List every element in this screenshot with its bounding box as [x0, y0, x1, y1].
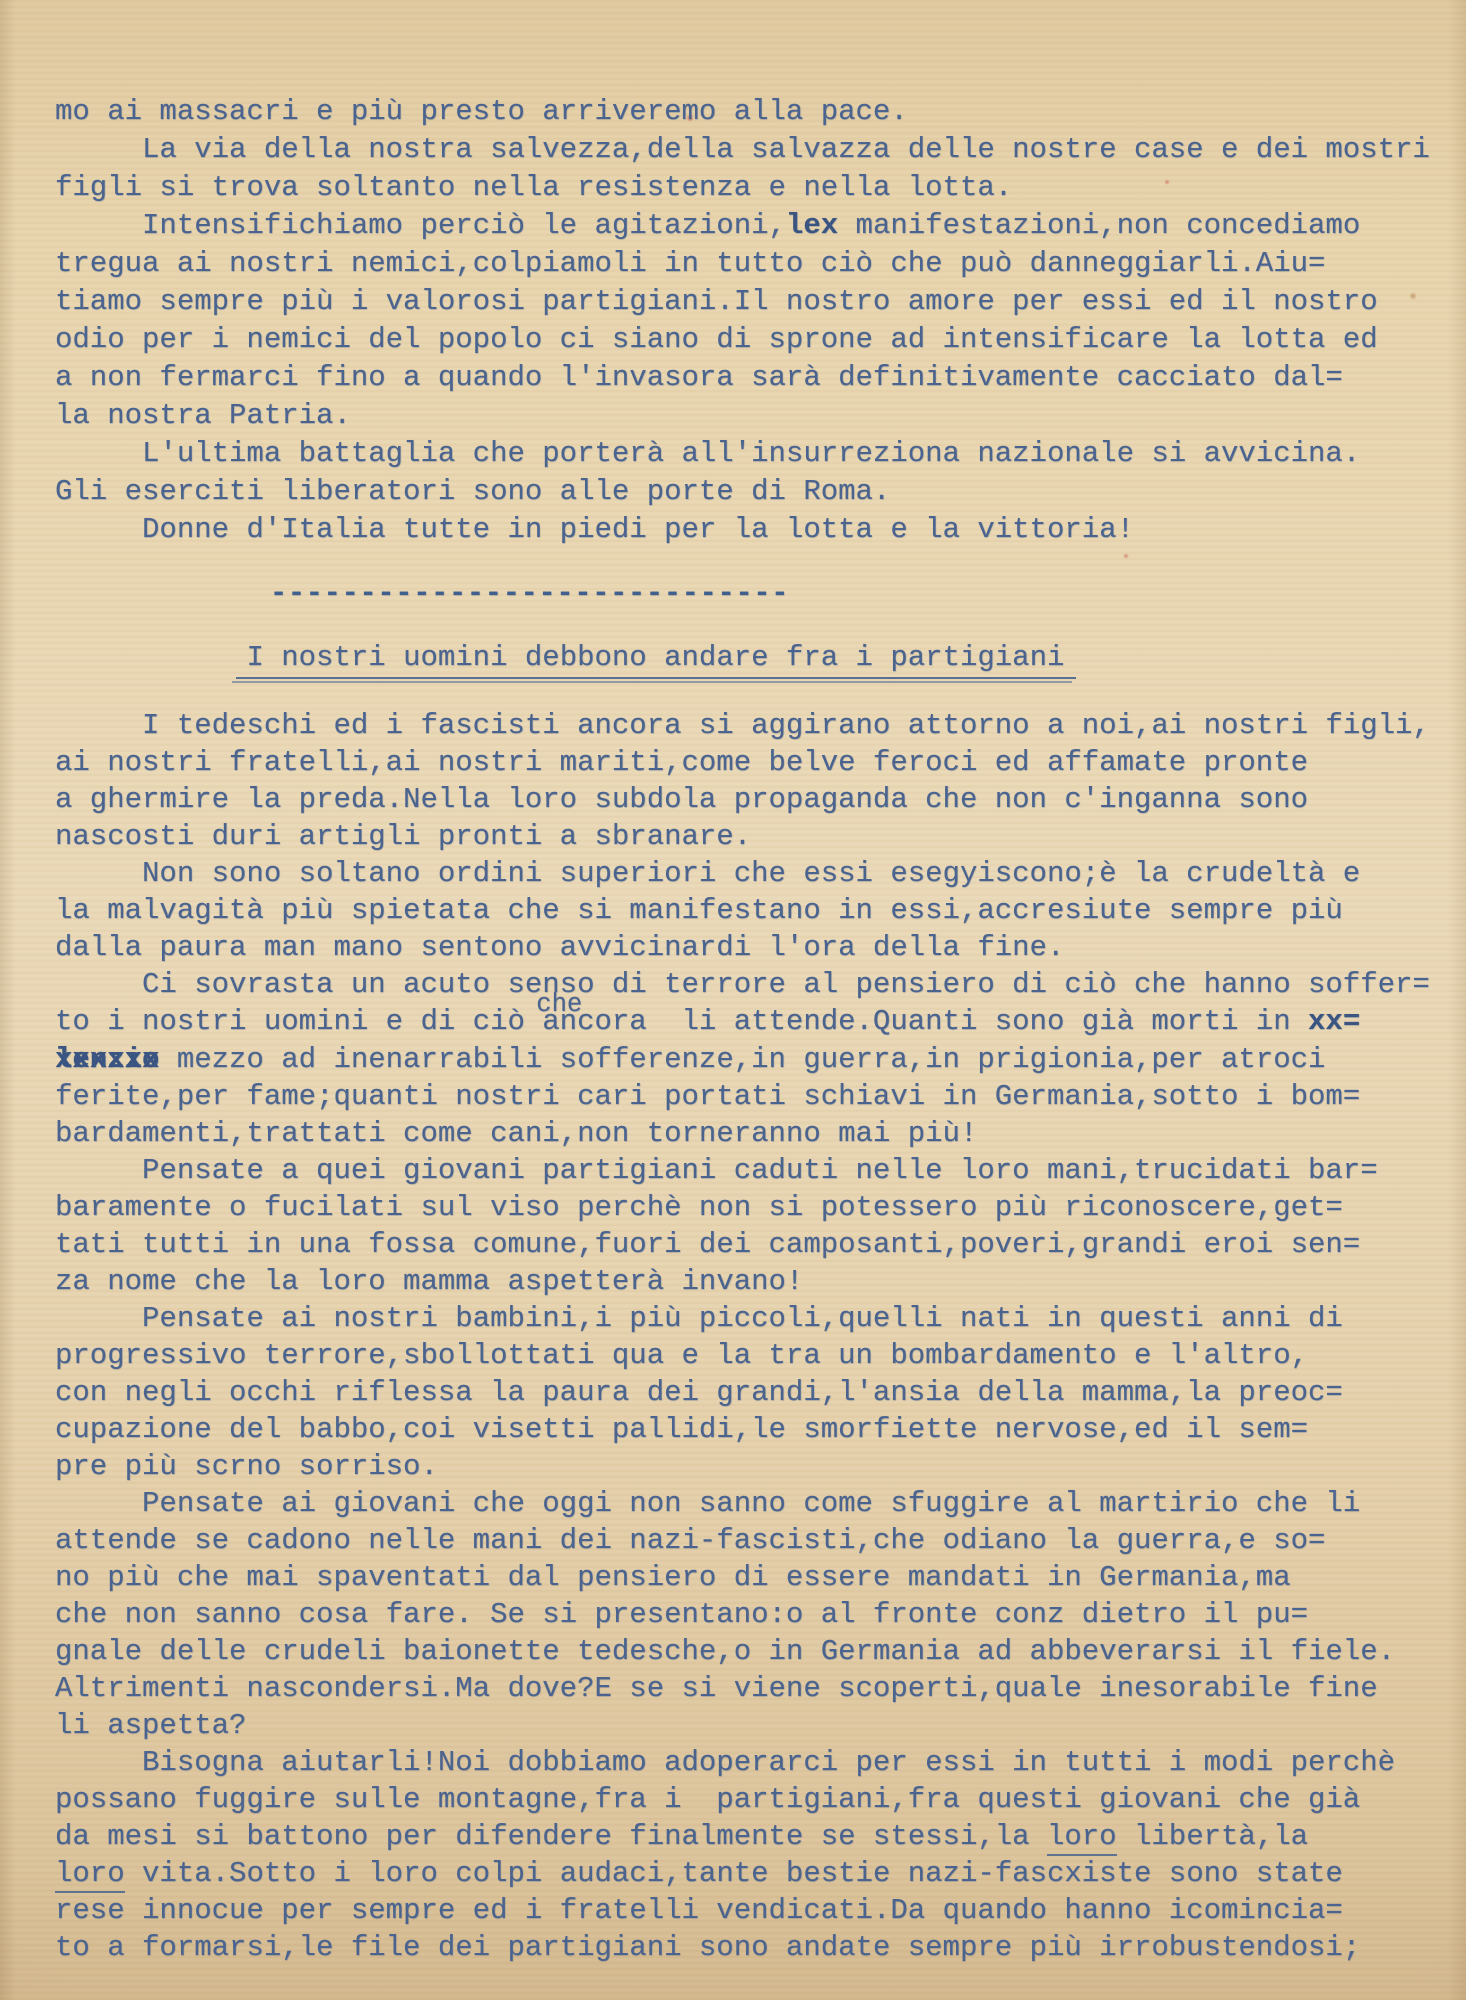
text-segment: tati tutti in una fossa comune,fuori dei… [55, 1228, 1360, 1261]
text-segment: lex [786, 209, 838, 242]
text-segment: Donne d'Italia tutte in piedi per la lot… [55, 513, 1134, 546]
text-line: tregua ai nostri nemici,colpiamoli in tu… [55, 245, 1466, 283]
text-line: za nome che la loro mamma aspetterà inva… [55, 1263, 1466, 1300]
text-segment: vita.Sotto i loro colpi audaci,tante bes… [125, 1857, 1343, 1890]
separator-dashes: ----------------------------- [270, 577, 789, 610]
text-segment: a non fermarci fino a quando l'invasora … [55, 361, 1343, 394]
text-segment: ancora li attende.Quanti sono già morti … [542, 1005, 1308, 1038]
text-segment: mo ai massacri e più presto arriveremo a… [55, 95, 908, 128]
text-segment: la malvagità più spietata che si manifes… [55, 894, 1343, 927]
text-segment: Pensate ai nostri bambini,i più piccoli,… [55, 1302, 1343, 1335]
text-line: li aspetta? [55, 1707, 1466, 1744]
text-line: to a formarsi,le file dei partigiani son… [55, 1929, 1466, 1966]
text-line: I tedeschi ed i fascisti ancora si aggir… [55, 707, 1466, 744]
text-line: figli si trova soltanto nella resistenza… [55, 169, 1466, 207]
text-line: L'ultima battaglia che porterà all'insur… [55, 435, 1466, 473]
text-segment: Non sono soltano ordini superiori che es… [55, 857, 1360, 890]
heading-indent [55, 641, 246, 674]
text-segment: con negli occhi riflessa la paura dei gr… [55, 1376, 1343, 1409]
text-line: Intensifichiamo perciò le agitazioni,lex… [55, 207, 1466, 245]
text-line: Bisogna aiutarli!Noi dobbiamo adoperarci… [55, 1744, 1466, 1781]
text-line: odio per i nemici del popolo ci siano di… [55, 321, 1466, 359]
text-segment: bardamenti,trattati come cani,non torner… [55, 1117, 977, 1150]
text-segment: ai nostri fratelli,ai nostri mariti,come… [55, 746, 1308, 779]
text-segment: pre più scrno sorriso. [55, 1450, 438, 1483]
text-segment: dalla paura man mano sentono avvicinardi… [55, 931, 1064, 964]
text-segment: a ghermire la preda.Nella loro subdola p… [55, 783, 1308, 816]
text-segment: cupazione del babbo,coi visetti pallidi,… [55, 1413, 1308, 1446]
text-segment: mezzo ad inenarrabili sofferenze,in guer… [159, 1043, 1325, 1076]
text-line: attende se cadono nelle mani dei nazi-fa… [55, 1522, 1466, 1559]
text-segment: za nome che la loro mamma aspetterà inva… [55, 1265, 803, 1298]
text-line: La via della nostra salvezza,della salva… [55, 131, 1466, 169]
text-segment: manifestazioni,non concediamo [838, 209, 1360, 242]
text-segment: possano fuggire sulle montagne,fra i par… [55, 1783, 1360, 1816]
text-line: la nostra Patria. [55, 397, 1466, 435]
text-line: gnale delle crudeli baionette tedesche,o… [55, 1633, 1466, 1670]
text-segment: lenzio [55, 1043, 159, 1076]
text-line: Ci sovrasta un acuto senso di terrore al… [55, 966, 1466, 1003]
text-segment: Ci sovrasta un acuto senso di terrore al… [55, 968, 1430, 1001]
text-segment: to i nostri uomini e di ciò [55, 1005, 542, 1038]
text-line: a non fermarci fino a quando l'invasora … [55, 359, 1466, 397]
body-paragraphs: I tedeschi ed i fascisti ancora si aggir… [55, 707, 1466, 1966]
text-segment: da mesi si battono per difendere finalme… [55, 1820, 1047, 1853]
text-segment: figli si trova soltanto nella resistenza… [55, 171, 1012, 204]
text-line: ai nostri fratelli,ai nostri mariti,come… [55, 744, 1466, 781]
text-line: da mesi si battono per difendere finalme… [55, 1818, 1466, 1855]
text-line: possano fuggire sulle montagne,fra i par… [55, 1781, 1466, 1818]
text-segment: libertà,la [1117, 1820, 1308, 1853]
text-segment: loro [1047, 1820, 1117, 1856]
dashed-separator: ----------------------------- [55, 575, 1466, 613]
text-segment: attende se cadono nelle mani dei nazi-fa… [55, 1524, 1325, 1557]
text-line: tati tutti in una fossa comune,fuori dei… [55, 1226, 1466, 1263]
text-line: baramente o fucilati sul viso perchè non… [55, 1189, 1466, 1226]
text-line: nascosti duri artigli pronti a sbranare. [55, 818, 1466, 855]
text-line: rese innocue per sempre ed i fratelli ve… [55, 1892, 1466, 1929]
text-segment: loro [55, 1857, 125, 1893]
text-segment: Altrimenti nascondersi.Ma dove?E se si v… [55, 1672, 1378, 1705]
text-segment: Bisogna aiutarli!Noi dobbiamo adoperarci… [55, 1746, 1395, 1779]
text-segment: L'ultima battaglia che porterà all'insur… [55, 437, 1360, 470]
text-line: cupazione del babbo,coi visetti pallidi,… [55, 1411, 1466, 1448]
text-segment: baramente o fucilati sul viso perchè non… [55, 1191, 1343, 1224]
text-segment: xx= [1308, 1005, 1360, 1038]
text-line: Pensate a quei giovani partigiani caduti… [55, 1152, 1466, 1189]
text-line: Pensate ai nostri bambini,i più piccoli,… [55, 1300, 1466, 1337]
text-line: no più che mai spaventati dal pensiero d… [55, 1559, 1466, 1596]
heading-title: I nostri uomini debbono andare fra i par… [246, 639, 1064, 677]
text-segment: la nostra Patria. [55, 399, 351, 432]
scanned-page: mo ai massacri e più presto arriveremo a… [0, 0, 1466, 2000]
text-line: la malvagità più spietata che si manifes… [55, 892, 1466, 929]
text-line: Donne d'Italia tutte in piedi per la lot… [55, 511, 1466, 549]
text-line: pre più scrno sorriso. [55, 1448, 1466, 1485]
text-segment: no più che mai spaventati dal pensiero d… [55, 1561, 1291, 1594]
text-segment: odio per i nemici del popolo ci siano di… [55, 323, 1378, 356]
text-line: xxxxxxlenzio mezzo ad inenarrabili soffe… [55, 1041, 1466, 1078]
text-segment: tregua ai nostri nemici,colpiamoli in tu… [55, 247, 1325, 280]
text-line: loro vita.Sotto i loro colpi audaci,tant… [55, 1855, 1466, 1892]
separator-indent [55, 577, 270, 610]
text-segment: li aspetta? [55, 1709, 246, 1742]
text-segment: nascosti duri artigli pronti a sbranare. [55, 820, 751, 853]
text-line: mo ai massacri e più presto arriveremo a… [55, 93, 1466, 131]
text-segment: progressivo terrore,sbollottati qua e la… [55, 1339, 1308, 1372]
text-segment: Pensate ai giovani che oggi non sanno co… [55, 1487, 1360, 1520]
text-line: progressivo terrore,sbollottati qua e la… [55, 1337, 1466, 1374]
text-line: con negli occhi riflessa la paura dei gr… [55, 1374, 1466, 1411]
text-line: Altrimenti nascondersi.Ma dove?E se si v… [55, 1670, 1466, 1707]
text-line: tiamo sempre più i valorosi partigiani.I… [55, 283, 1466, 321]
text-segment: gnale delle crudeli baionette tedesche,o… [55, 1635, 1395, 1668]
text-segment: tiamo sempre più i valorosi partigiani.I… [55, 285, 1378, 318]
text-line: ferite,per fame;quanti nostri cari porta… [55, 1078, 1466, 1115]
section-heading: I nostri uomini debbono andare fra i par… [55, 639, 1466, 677]
text-segment: che non sanno cosa fare. Se si presentan… [55, 1598, 1308, 1631]
text-line: to i nostri uomini e di ciò cheancora li… [55, 1003, 1466, 1041]
text-segment: Gli eserciti liberatori sono alle porte … [55, 475, 890, 508]
text-segment: Intensifichiamo perciò le agitazioni, [55, 209, 786, 242]
text-segment: I tedeschi ed i fascisti ancora si aggir… [55, 709, 1430, 742]
text-line: che non sanno cosa fare. Se si presentan… [55, 1596, 1466, 1633]
text-segment: Pensate a quei giovani partigiani caduti… [55, 1154, 1378, 1187]
text-line: bardamenti,trattati come cani,non torner… [55, 1115, 1466, 1152]
text-segment: ferite,per fame;quanti nostri cari porta… [55, 1080, 1360, 1113]
text-line: dalla paura man mano sentono avvicinardi… [55, 929, 1466, 966]
text-line: Non sono soltano ordini superiori che es… [55, 855, 1466, 892]
text-line: Pensate ai giovani che oggi non sanno co… [55, 1485, 1466, 1522]
text-line: Gli eserciti liberatori sono alle porte … [55, 473, 1466, 511]
text-segment: to a formarsi,le file dei partigiani son… [55, 1931, 1360, 1964]
opening-paragraphs: mo ai massacri e più presto arriveremo a… [55, 93, 1466, 549]
text-line: a ghermire la preda.Nella loro subdola p… [55, 781, 1466, 818]
text-segment: rese innocue per sempre ed i fratelli ve… [55, 1894, 1343, 1927]
text-segment: La via della nostra salvezza,della salva… [55, 133, 1430, 166]
